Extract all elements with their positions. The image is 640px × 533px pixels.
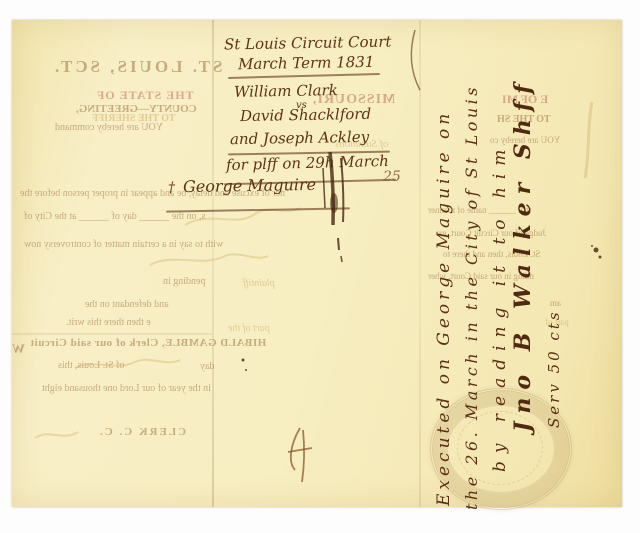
bleedthrough-year-lord: in the year of our Lord one thousand eig… [42, 384, 211, 394]
bleedthrough-witness-gamble: HIBALD GAMBLE, Clerk of our said Circuit [30, 338, 266, 349]
bleedthrough-day-city: s, on the ______ day of ______ at the Ci… [24, 212, 205, 222]
return-line1: Executed on George Maguire on [436, 110, 453, 506]
docket-amount: 25 [383, 170, 401, 184]
docket-court-line: St Louis Circuit Court [224, 35, 392, 53]
sheriff-signature: Jno B Walker Shff [512, 76, 534, 432]
bleedthrough-the-state-of: THE STATE OF [96, 89, 194, 101]
bleedthrough-matter-controversy: with to say in a certain matter of contr… [24, 240, 223, 250]
docket-defendant2: and Joseph Ackley [230, 130, 369, 147]
return-line2: the 26. March in the City of St Louis [464, 84, 480, 510]
docket-defendant1: David Shacklford [240, 107, 371, 124]
bleedthrough-you-commanded: YOU are hereby command [55, 123, 163, 133]
bleedthrough-then-there-writ: e then there this writ. [66, 318, 151, 328]
return-line3: by reading it to him [492, 142, 509, 472]
bleedthrough-day-word: day [200, 362, 214, 372]
bleedthrough-am-fragment: am [550, 299, 561, 308]
docket-cross-mark: † [168, 181, 175, 195]
bleedthrough-w-fragment: W [12, 342, 25, 355]
docket-plaintiff: William Clark [234, 83, 338, 100]
bleedthrough-clerk-cc: CLERK C. C. [98, 427, 186, 438]
bleedthrough-part-of-left: part of the [228, 324, 270, 334]
docket-term-line: March Term 1831 [238, 55, 375, 72]
docket-garnishee: George Maguire [183, 177, 316, 195]
bleedthrough-defendant-on: and defendant on the [85, 300, 169, 310]
bleedthrough-st-louis-this: of St. Louis, this [58, 361, 124, 371]
bleedthrough-st-louis-sct: ST. LOUIS, SCT. [52, 58, 223, 75]
return-fee: Serv 50 cts [547, 309, 562, 428]
scanned-document-canvas: ST. LOUIS, SCT. THE STATE OF MISSOURI, C… [0, 0, 640, 533]
docket-filed-note: for plff on 29h March [226, 154, 389, 173]
bleedthrough-pending-left: pending in [163, 277, 206, 287]
bleedthrough-plaintiff-word: plaintiff [243, 279, 275, 289]
